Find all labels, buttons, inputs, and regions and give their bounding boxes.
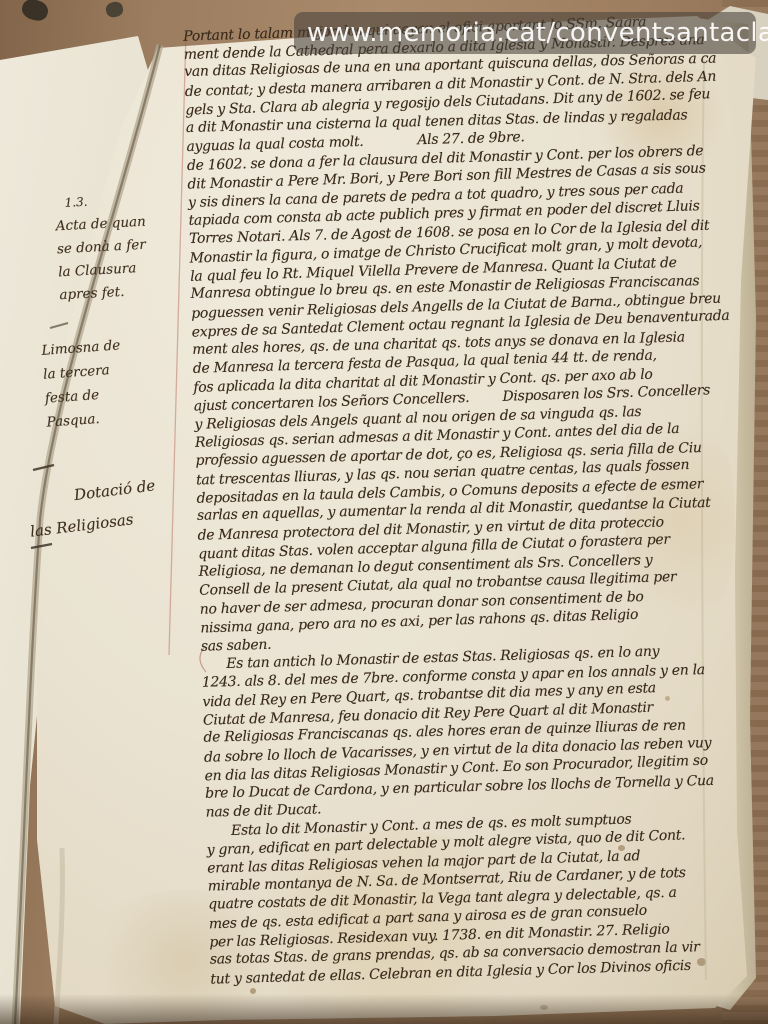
margin-note-clausura: 1.3.Acta de quanse donà a ferla Clausura… (54, 188, 150, 308)
watermark-text: www.memoria.cat/conventsantaclara (307, 18, 768, 48)
page-corner-ink-mark (20, 0, 51, 24)
page-bottom-shadow (0, 994, 768, 1024)
photo-scene: yànonlo 1.3.Acta de quanse donà a ferla … (0, 0, 768, 1024)
watermark-pill: www.memoria.cat/conventsantaclara (294, 12, 756, 54)
margin-note-line: apres fet. (59, 280, 150, 308)
manuscript-text: Portant lo talam major, los qui ueyan el… (183, 11, 755, 988)
margin-note-line: la Clausura (58, 257, 149, 285)
margin-note-limosna: Limosna dela tercerafesta dePasqua. (41, 333, 126, 434)
page-corner-ink-mark (105, 0, 125, 18)
